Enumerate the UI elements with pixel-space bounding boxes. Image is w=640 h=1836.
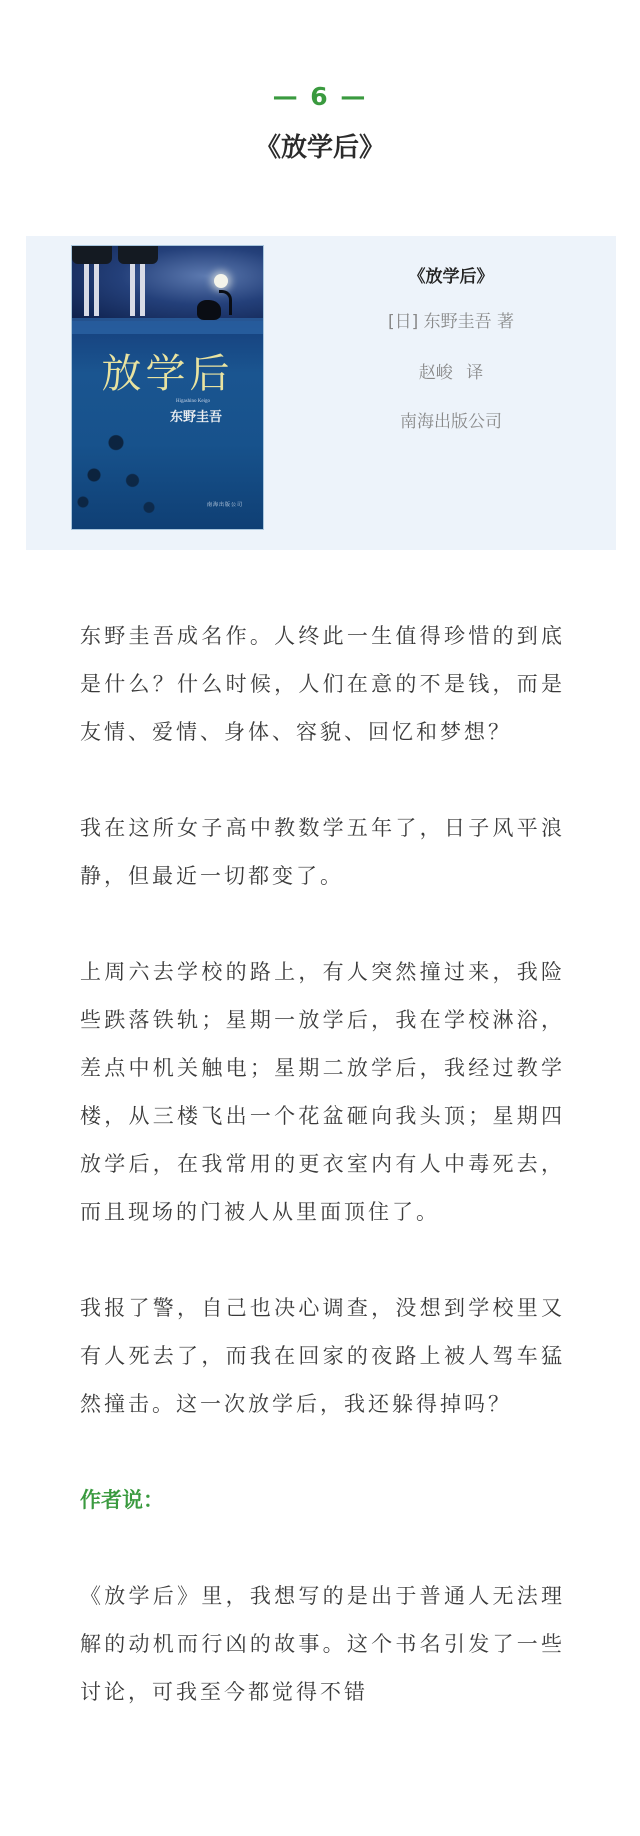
cover-author-romanized: Higashino Keigo [176, 399, 210, 404]
book-info-author: [日] 东野圭吾 著 [286, 307, 616, 332]
paragraph: 东野圭吾成名作。人终此一生值得珍惜的到底是什么？什么时候，人们在意的不是钱，而是… [80, 612, 565, 756]
paragraph: 我报了警，自己也决心调查，没想到学校里又有人死去了，而我在回家的夜路上被人驾车猛… [80, 1284, 565, 1428]
cover-title: 放学后 [72, 342, 263, 399]
cover-figure-skirt [118, 246, 158, 264]
book-card: 放学后 Higashino Keigo 东野圭吾 南海出版公司 《放学后》 [日… [26, 236, 616, 550]
paragraph: 我在这所女子高中教数学五年了，日子风平浪静，但最近一切都变了。 [80, 804, 565, 900]
article-page: — 6 — 《放学后》 放学后 Higashino Keigo 东野圭吾 南海出… [0, 0, 640, 1836]
book-cover-image[interactable]: 放学后 Higashino Keigo 东野圭吾 南海出版公司 [71, 245, 264, 530]
black-cat-icon [197, 300, 221, 320]
book-info: 《放学后》 [日] 东野圭吾 著 赵峻 译 南海出版公司 [286, 236, 616, 550]
paragraph: 上周六去学校的路上，有人突然撞过来，我险些跌落铁轨；星期一放学后，我在学校淋浴，… [80, 948, 565, 1236]
cover-publisher-mark: 南海出版公司 [207, 501, 243, 508]
author-quote: 《放学后》里，我想写的是出于普通人无法理解的动机而行凶的故事。这个书名引发了一些… [80, 1572, 565, 1716]
cover-figure-leg [140, 264, 145, 316]
book-info-title: 《放学后》 [286, 262, 616, 287]
article-body: 东野圭吾成名作。人终此一生值得珍惜的到底是什么？什么时候，人们在意的不是钱，而是… [80, 612, 565, 1716]
section-number: — 6 — [0, 82, 640, 111]
cover-grass [72, 318, 263, 334]
book-info-publisher: 南海出版公司 [286, 407, 616, 432]
cover-figure-skirt [72, 246, 112, 264]
cover-figure-leg [94, 264, 99, 316]
book-info-translator: 赵峻 译 [286, 358, 616, 383]
cover-figure-leg [84, 264, 89, 316]
cover-flowers-illustration [72, 421, 182, 529]
section-title: 《放学后》 [0, 127, 640, 164]
cover-figure-leg [130, 264, 135, 316]
moon-icon [214, 274, 228, 288]
author-says-heading: 作者说： [80, 1476, 565, 1524]
